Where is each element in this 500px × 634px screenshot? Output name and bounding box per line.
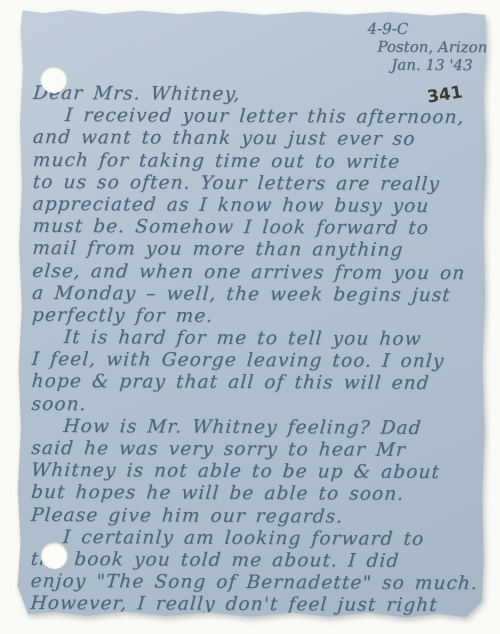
letter-line: I certainly am looking forward to [30,527,474,551]
letter-line: the book you told me about. I did [30,549,474,573]
letter-line: and want to thank you just ever so [32,127,476,151]
salutation: Dear Mrs. Whitney, [32,83,476,107]
letter-line: I feel, with George leaving too. I only [31,349,475,373]
letter-line: a Monday – well, the week begins just [31,283,475,307]
sender-location: Poston, Arizona [377,38,496,57]
letter-line: enjoy "The Song of Bernadette" so much. [30,571,474,595]
letter-line: appreciated as I know how busy you [32,194,476,218]
letter-line: else, and when one arrives from you on [31,260,475,284]
letter-body: Dear Mrs. Whitney, I received your lette… [30,83,475,618]
punch-hole-bottom [41,542,68,569]
letter-line: I received your letter this afternoon, [32,105,476,129]
paper-shadow: 4-9-C Poston, Arizona Jan. 13 '43 341 De… [0,0,500,634]
scan-background: 4-9-C Poston, Arizona Jan. 13 '43 341 De… [0,0,500,634]
letter-line: must be. Somehow I look forward to [32,216,476,240]
letter-line: Please give him our regards. [30,504,474,528]
letter-line: perfectly for me. [31,305,475,329]
letter-paper: 4-9-C Poston, Arizona Jan. 13 '43 341 De… [16,9,487,619]
letter-line: to us so often. Your letters are really [32,172,476,196]
letter-lines: I received your letter this afternoon,an… [30,105,475,618]
letter-header: 4-9-C Poston, Arizona Jan. 13 '43 [363,20,496,75]
letter-line: However, I really don't feel just right [30,593,474,617]
letter-line: much for taking time out to write [32,149,476,173]
letter-line: It is hard for me to tell you how [31,327,475,351]
letter-line: How is Mr. Whitney feeling? Dad [31,416,475,440]
letter-line: soon. [31,393,475,417]
letter-line: Whitney is not able to be up & about [30,460,474,484]
letter-line: but hopes he will be able to soon. [30,482,474,506]
sender-address: 4-9-C [367,20,496,39]
letter-line: said he was very sorry to hear Mr [30,438,474,462]
letter-line: hope & pray that all of this will end [31,371,475,395]
punch-hole-top [40,66,67,93]
letter-line: mail from you more than anything [32,238,476,262]
letter-date: Jan. 13 '43 [391,56,496,75]
